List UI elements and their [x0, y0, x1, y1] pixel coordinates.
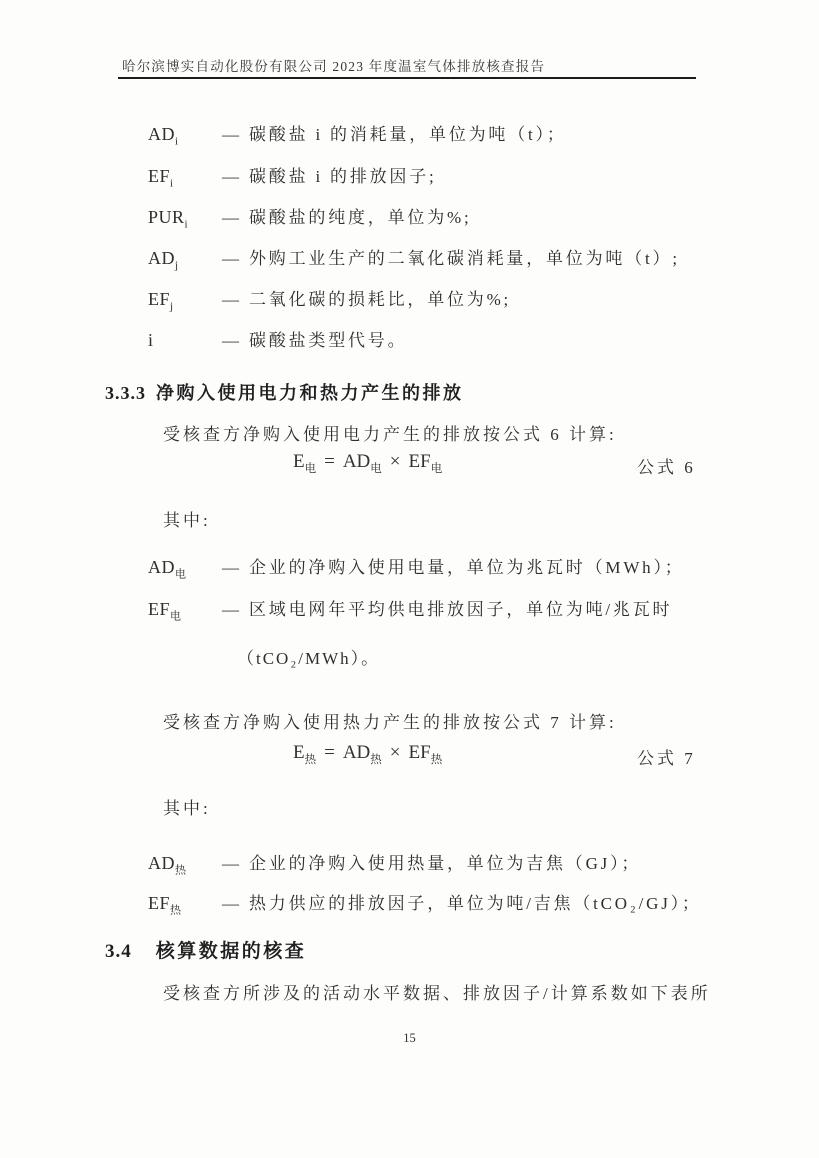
definition-row-adi: ADi—碳酸盐 i 的消耗量，单位为吨（t）；	[148, 122, 567, 154]
term-base: PUR	[148, 207, 185, 227]
definition-term: ADi	[148, 122, 222, 154]
equals-sign: =	[324, 742, 335, 763]
definition-desc-continuation: （tCO₂/MWh）。	[237, 644, 380, 669]
em-dash: —	[222, 852, 249, 876]
definition-row-adj: ADj—外购工业生产的二氧化碳消耗量，单位为吨（t）;	[148, 246, 680, 278]
em-dash: —	[222, 892, 249, 916]
formula-rhs2: EF	[409, 742, 431, 763]
section-title: 净购入使用电力和热力产生的排放	[156, 383, 464, 403]
term-base: AD	[148, 557, 175, 577]
term-subscript: 热	[170, 905, 181, 917]
term-base: EF	[148, 289, 170, 309]
term-subscript: j	[175, 260, 178, 272]
em-dash: —	[222, 598, 249, 622]
definition-term: EF电	[148, 597, 222, 629]
term-base: EF	[148, 599, 170, 619]
formula-subscript: 热	[305, 754, 317, 766]
definition-row-ad-electric: AD电—企业的净购入使用电量，单位为兆瓦时（MWh）；	[148, 555, 685, 587]
formula-rhs1: AD	[343, 742, 370, 763]
section-number: 3.4	[105, 941, 132, 962]
term-base: AD	[148, 248, 175, 268]
definition-desc: 企业的净购入使用电量，单位为兆瓦时（MWh）；	[249, 558, 685, 577]
definition-desc: 碳酸盐 i 的消耗量，单位为吨（t）；	[249, 125, 567, 144]
multiplication-sign: ×	[390, 451, 401, 472]
formula-6-row: E电=AD电×EF电 公式 6	[0, 451, 819, 477]
definition-desc: 碳酸盐的纯度，单位为%;	[249, 208, 471, 227]
section-heading-3-3-3: 3.3.3净购入使用电力和热力产生的排放	[105, 379, 464, 405]
wherein-label: 其中:	[163, 794, 211, 819]
term-subscript: i	[170, 178, 173, 190]
paragraph-electric-intro: 受核查方净购入使用电力产生的排放按公式 6 计算:	[163, 420, 617, 445]
term-base: i	[148, 330, 154, 350]
definition-term: EF热	[148, 891, 222, 923]
em-dash: —	[222, 165, 249, 189]
em-dash: —	[222, 288, 249, 312]
definition-desc: 企业的净购入使用热量，单位为吉焦（GJ）；	[249, 854, 641, 873]
definition-term: ADj	[148, 246, 222, 278]
running-header-title: 哈尔滨博实自动化股份有限公司 2023 年度温室气体排放核查报告	[122, 55, 545, 75]
definition-row-ad-heat: AD热—企业的净购入使用热量，单位为吉焦（GJ）；	[148, 851, 641, 883]
term-subscript: i	[175, 136, 178, 148]
term-subscript: i	[185, 219, 188, 231]
formula-lhs: E	[293, 742, 305, 763]
definition-term: EFi	[148, 164, 222, 196]
em-dash: —	[222, 556, 249, 580]
multiplication-sign: ×	[390, 742, 401, 763]
formula-7-row: E热=AD热×EF热 公式 7	[0, 742, 819, 768]
formula-subscript: 电	[431, 463, 443, 475]
formula-6: E电=AD电×EF电	[293, 451, 442, 476]
header-rule	[118, 77, 696, 79]
definition-row-puri: PURi—碳酸盐的纯度，单位为%;	[148, 205, 471, 237]
formula-subscript: 热	[431, 754, 443, 766]
term-subscript: 电	[170, 611, 181, 623]
em-dash: —	[222, 206, 249, 230]
equals-sign: =	[324, 451, 335, 472]
definition-row-ef-electric: EF电—区域电网年平均供电排放因子，单位为吨/兆瓦时	[148, 597, 672, 629]
section-title: 核算数据的核查	[156, 941, 307, 962]
definition-desc: 二氧化碳的损耗比，单位为%;	[249, 290, 511, 309]
formula-rhs1: AD	[343, 451, 370, 472]
definition-row-i: i—碳酸盐类型代号。	[148, 328, 407, 360]
definition-row-ef-heat: EF热—热力供应的排放因子，单位为吨/吉焦（tCO₂/GJ）；	[148, 891, 702, 923]
definition-term: i	[148, 328, 222, 360]
paragraph-3-4-intro: 受核查方所涉及的活动水平数据、排放因子/计算系数如下表所	[163, 979, 711, 1004]
wherein-label: 其中:	[163, 506, 211, 531]
definition-row-efi: EFi—碳酸盐 i 的排放因子;	[148, 164, 437, 196]
page-number: 15	[0, 1031, 819, 1046]
definition-desc: 外购工业生产的二氧化碳消耗量，单位为吨（t）;	[249, 249, 680, 268]
formula-subscript: 电	[370, 463, 382, 475]
definition-desc: 碳酸盐 i 的排放因子;	[249, 167, 437, 186]
definition-row-efj: EFj—二氧化碳的损耗比，单位为%;	[148, 287, 511, 319]
definition-term: AD热	[148, 851, 222, 883]
formula-7: E热=AD热×EF热	[293, 742, 442, 767]
em-dash: —	[222, 123, 249, 147]
em-dash: —	[222, 247, 249, 271]
formula-subscript: 电	[305, 463, 317, 475]
document-page: 哈尔滨博实自动化股份有限公司 2023 年度温室气体排放核查报告 ADi—碳酸盐…	[0, 0, 819, 1158]
section-number: 3.3.3	[105, 383, 146, 403]
term-subscript: j	[170, 301, 173, 313]
section-heading-3-4: 3.4核算数据的核查	[105, 936, 306, 963]
em-dash: —	[222, 329, 249, 353]
term-subscript: 热	[175, 865, 186, 877]
formula-6-label: 公式 6	[637, 453, 696, 478]
definition-desc: 碳酸盐类型代号。	[249, 331, 407, 350]
formula-subscript: 热	[370, 754, 382, 766]
term-subscript: 电	[175, 569, 186, 581]
formula-7-label: 公式 7	[637, 744, 696, 769]
definition-term: EFj	[148, 287, 222, 319]
definition-term: PURi	[148, 205, 222, 237]
definition-desc: 区域电网年平均供电排放因子，单位为吨/兆瓦时	[249, 600, 672, 619]
term-base: AD	[148, 124, 175, 144]
term-base: EF	[148, 893, 170, 913]
paragraph-heat-intro: 受核查方净购入使用热力产生的排放按公式 7 计算:	[163, 708, 617, 733]
term-base: EF	[148, 166, 170, 186]
term-base: AD	[148, 853, 175, 873]
formula-rhs2: EF	[409, 451, 431, 472]
definition-desc: 热力供应的排放因子，单位为吨/吉焦（tCO₂/GJ）；	[249, 894, 702, 913]
definition-term: AD电	[148, 555, 222, 587]
formula-lhs: E	[293, 451, 305, 472]
